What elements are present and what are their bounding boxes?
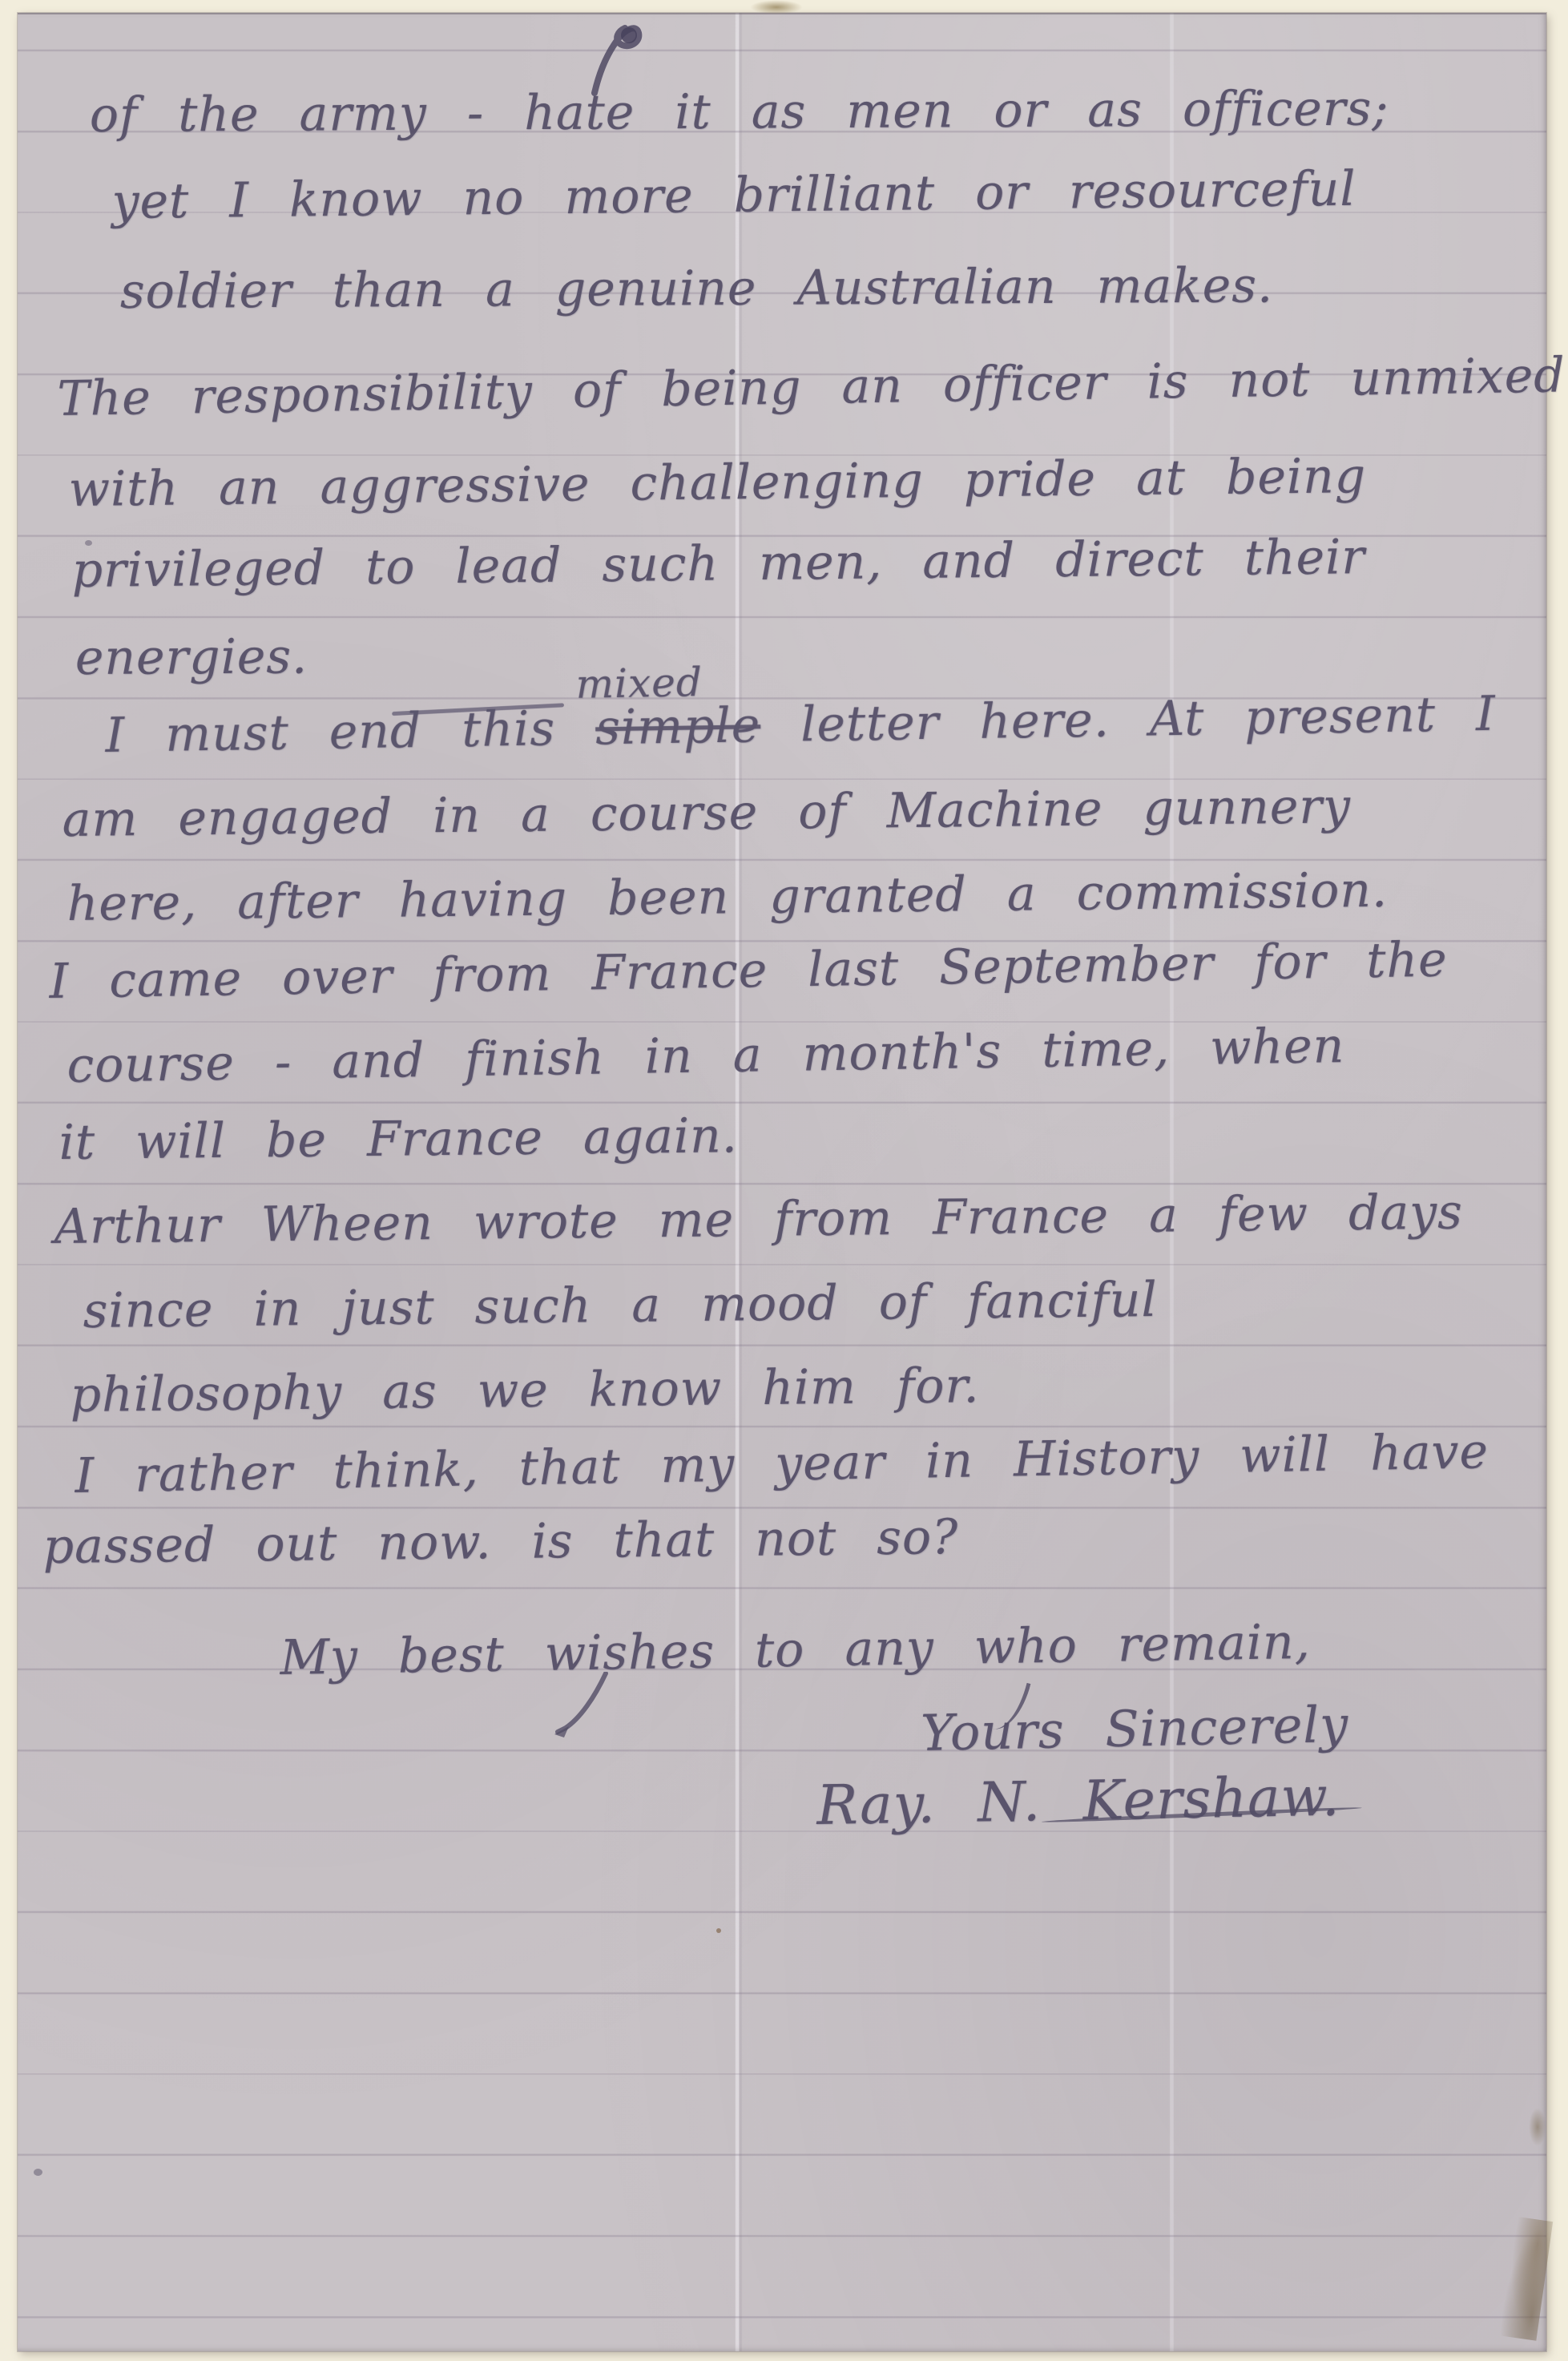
line-8-post-text: letter here. At present I <box>760 686 1497 753</box>
letter-line-1: of the army - hate it as men or as offic… <box>90 85 1389 139</box>
letter-line-10: here, after having been granted a commis… <box>67 866 1388 928</box>
letter-line-16: philosophy as we know him for. <box>70 1362 979 1419</box>
letter-line-9: am engaged in a course of Machine gunner… <box>62 782 1351 844</box>
letter-line-6: privileged to lead such men, and direct … <box>71 533 1365 595</box>
paper-speck <box>716 1928 721 1933</box>
valediction: Yours Sincerely <box>921 1700 1349 1758</box>
letter-line-13: it will be France again. <box>58 1112 738 1167</box>
signature: Ray. N. Kershaw. <box>816 1770 1340 1834</box>
letter-line-7: energies. <box>75 632 308 682</box>
letter-line-2: yet I know no more brilliant or resource… <box>111 165 1356 226</box>
paper-smudge <box>1529 2108 1546 2146</box>
letter-line-14: Arthur Wheen wrote me from France a few … <box>54 1189 1463 1251</box>
ink-speck <box>85 540 92 546</box>
letter-line-15: since in just such a mood of fanciful <box>83 1276 1158 1335</box>
pen-flourish-descender <box>553 1672 617 1744</box>
ink-speck <box>34 2169 42 2176</box>
tape-residue-smudge <box>750 0 803 14</box>
scanned-letter: of the army - hate it as men or as offic… <box>0 0 1568 2361</box>
letter-line-5: with an aggressive challenging pride at … <box>68 452 1366 514</box>
inserted-word: mixed <box>575 662 703 704</box>
line-8-pre-text: I must end this <box>105 700 596 764</box>
letter-line-3: soldier than a genuine Australian makes. <box>120 261 1274 316</box>
letter-line-18: passed out now. is that not so? <box>42 1513 958 1571</box>
